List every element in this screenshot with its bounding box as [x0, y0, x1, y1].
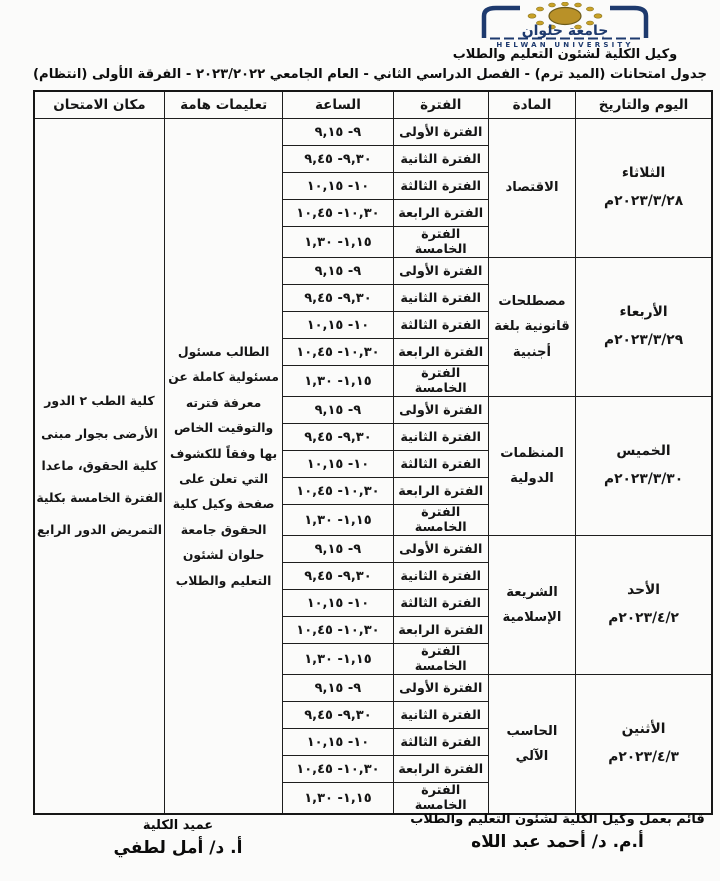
- dean-name: أ. د/ أمل لطفي: [48, 838, 308, 858]
- period-cell: الفترة الرابعة: [393, 756, 488, 783]
- office-heading: وكيل الكلية لشئون التعليم والطلاب: [425, 47, 705, 62]
- exam-schedule-table: اليوم والتاريخ المادة الفترة الساعة تعلي…: [33, 90, 713, 815]
- location-cell: كلية الطب ٢ الدور الأرضى بجوار مبنى كلية…: [34, 119, 164, 815]
- time-cell: ١٠- ١٠,١٥: [283, 312, 393, 339]
- time-cell: ٩- ٩,١٥: [283, 675, 393, 702]
- period-cell: الفترة الثانية: [393, 146, 488, 173]
- university-name-arabic: جامعة حلوان: [522, 23, 609, 39]
- period-cell: الفترة الرابعة: [393, 478, 488, 505]
- period-cell: الفترة الثالثة: [393, 312, 488, 339]
- time-cell: ١,١٥- ١,٣٠: [283, 644, 393, 675]
- time-cell: ٩- ٩,١٥: [283, 536, 393, 563]
- time-cell: ١,١٥- ١,٣٠: [283, 505, 393, 536]
- period-cell: الفترة الأولى: [393, 119, 488, 146]
- period-cell: الفترة الخامسة: [393, 505, 488, 536]
- subject-cell: المنظمات الدولية: [488, 397, 575, 536]
- dean-signature-block: عميد الكلية أ. د/ أمل لطفي: [48, 818, 308, 858]
- table-row: الثلاثاء ٢٠٢٣/٣/٢٨م الاقتصاد الفترة الأو…: [34, 119, 712, 146]
- period-cell: الفترة الرابعة: [393, 617, 488, 644]
- scanned-page: جامعة حلوان HELWAN UNIVERSITY وكيل الكلي…: [0, 0, 720, 881]
- period-cell: الفترة الأولى: [393, 536, 488, 563]
- day-date: ٢٠٢٣/٣/٢٨م: [576, 188, 711, 216]
- col-time: الساعة: [283, 91, 393, 119]
- university-logo: جامعة حلوان HELWAN UNIVERSITY: [428, 2, 702, 48]
- col-subject: المادة: [488, 91, 575, 119]
- period-cell: الفترة الثانية: [393, 285, 488, 312]
- subject-cell: الشريعة الإسلامية: [488, 536, 575, 675]
- page-title: جدول امتحانات (الميد ترم) - الفصل الدراس…: [28, 67, 712, 82]
- period-cell: الفترة الأولى: [393, 397, 488, 424]
- col-period: الفترة: [393, 91, 488, 119]
- time-cell: ١,١٥- ١,٣٠: [283, 783, 393, 815]
- time-cell: ١٠- ١٠,١٥: [283, 590, 393, 617]
- subject-cell: الاقتصاد: [488, 119, 575, 258]
- period-cell: الفترة الثالثة: [393, 173, 488, 200]
- vice-dean-signature-block: قائم بعمل وكيل الكلية لشئون التعليم والط…: [400, 812, 715, 852]
- period-cell: الفترة الرابعة: [393, 200, 488, 227]
- header-row: اليوم والتاريخ المادة الفترة الساعة تعلي…: [34, 91, 712, 119]
- time-cell: ٩,٣٠- ٩,٤٥: [283, 285, 393, 312]
- day-cell: الثلاثاء ٢٠٢٣/٣/٢٨م: [576, 119, 712, 258]
- time-cell: ٩,٣٠- ٩,٤٥: [283, 563, 393, 590]
- time-cell: ١,١٥- ١,٣٠: [283, 227, 393, 258]
- time-cell: ١٠,٣٠- ١٠,٤٥: [283, 478, 393, 505]
- period-cell: الفترة الخامسة: [393, 783, 488, 815]
- day-date: ٢٠٢٣/٤/٢م: [576, 605, 711, 633]
- day-cell: الأثنين ٢٠٢٣/٤/٣م: [576, 675, 712, 815]
- time-cell: ٩- ٩,١٥: [283, 119, 393, 146]
- time-cell: ١,١٥- ١,٣٠: [283, 366, 393, 397]
- col-instructions: تعليمات هامة: [164, 91, 282, 119]
- subject-cell: الحاسب الآلي: [488, 675, 575, 815]
- vice-dean-title: قائم بعمل وكيل الكلية لشئون التعليم والط…: [400, 812, 715, 827]
- time-cell: ١٠,٣٠- ١٠,٤٥: [283, 756, 393, 783]
- period-cell: الفترة الأولى: [393, 258, 488, 285]
- period-cell: الفترة الخامسة: [393, 227, 488, 258]
- time-cell: ١٠,٣٠- ١٠,٤٥: [283, 339, 393, 366]
- day-name: الأحد: [576, 577, 711, 605]
- day-cell: الأحد ٢٠٢٣/٤/٢م: [576, 536, 712, 675]
- day-date: ٢٠٢٣/٣/٢٩م: [576, 327, 711, 355]
- vice-dean-name: أ.م. د/ أحمد عبد اللاه: [400, 832, 715, 852]
- instructions-cell: الطالب مسئول مسئولية كاملة عن معرفة فترت…: [164, 119, 282, 815]
- period-cell: الفترة الثانية: [393, 424, 488, 451]
- time-cell: ٩- ٩,١٥: [283, 258, 393, 285]
- day-cell: الأربعاء ٢٠٢٣/٣/٢٩م: [576, 258, 712, 397]
- time-cell: ٩- ٩,١٥: [283, 397, 393, 424]
- time-cell: ١٠,٣٠- ١٠,٤٥: [283, 200, 393, 227]
- day-name: الأربعاء: [576, 299, 711, 327]
- helwan-logo-graphic: جامعة حلوان HELWAN UNIVERSITY: [428, 2, 702, 48]
- time-cell: ١٠- ١٠,١٥: [283, 173, 393, 200]
- period-cell: الفترة الثالثة: [393, 451, 488, 478]
- period-cell: الفترة الخامسة: [393, 366, 488, 397]
- dean-title: عميد الكلية: [48, 818, 308, 833]
- day-date: ٢٠٢٣/٤/٣م: [576, 744, 711, 772]
- day-cell: الخميس ٢٠٢٣/٣/٣٠م: [576, 397, 712, 536]
- subject-cell: مصطلحات قانونية بلغة أجنبية: [488, 258, 575, 397]
- period-cell: الفترة الثانية: [393, 563, 488, 590]
- period-cell: الفترة الأولى: [393, 675, 488, 702]
- time-cell: ١٠- ١٠,١٥: [283, 729, 393, 756]
- col-location: مكان الامتحان: [34, 91, 164, 119]
- period-cell: الفترة الثالثة: [393, 590, 488, 617]
- time-cell: ٩,٣٠- ٩,٤٥: [283, 424, 393, 451]
- day-name: الخميس: [576, 438, 711, 466]
- period-cell: الفترة الخامسة: [393, 644, 488, 675]
- time-cell: ٩,٣٠- ٩,٤٥: [283, 702, 393, 729]
- col-day-date: اليوم والتاريخ: [576, 91, 712, 119]
- time-cell: ١٠- ١٠,١٥: [283, 451, 393, 478]
- day-name: الثلاثاء: [576, 160, 711, 188]
- time-cell: ٩,٣٠- ٩,٤٥: [283, 146, 393, 173]
- period-cell: الفترة الثانية: [393, 702, 488, 729]
- day-date: ٢٠٢٣/٣/٣٠م: [576, 466, 711, 494]
- sun-core-icon: [549, 8, 581, 25]
- period-cell: الفترة الرابعة: [393, 339, 488, 366]
- time-cell: ١٠,٣٠- ١٠,٤٥: [283, 617, 393, 644]
- day-name: الأثنين: [576, 716, 711, 744]
- period-cell: الفترة الثالثة: [393, 729, 488, 756]
